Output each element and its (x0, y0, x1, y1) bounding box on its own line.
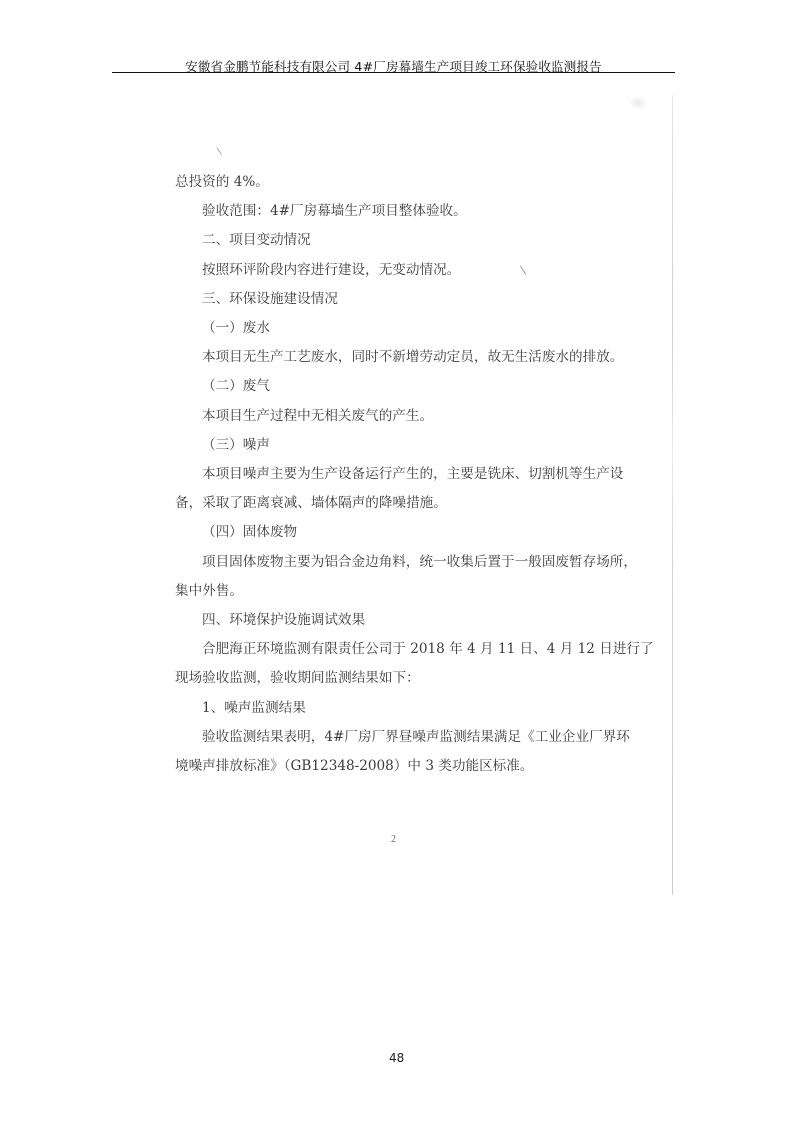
paragraph: 总投资的 4%。 (175, 168, 635, 197)
acceptance-scope: 验收范围：4#厂房幕墙生产项目整体验收。 (175, 197, 635, 226)
document-body: 总投资的 4%。 验收范围：4#厂房幕墙生产项目整体验收。 二、项目变动情况 按… (175, 168, 635, 781)
paragraph: 验收监测结果表明，4#厂房厂界昼噪声监测结果满足《工业企业厂界环 (175, 723, 635, 752)
paragraph: 项目固体废物主要为铝合金边角料，统一收集后置于一般固废暂存场所， (175, 548, 635, 577)
paragraph-continuation: 现场验收监测，验收期间监测结果如下： (175, 664, 635, 693)
inner-page-number: 2 (391, 834, 396, 845)
paragraph: 本项目无生产工艺废水，同时不新增劳动定员，故无生活废水的排放。 (175, 343, 635, 372)
subsection-heading: （一）废水 (175, 314, 635, 343)
paragraph: 本项目噪声主要为生产设备运行产生的，主要是铣床、切割机等生产设 (175, 460, 635, 489)
scan-speck: / (214, 147, 225, 157)
paragraph: 合肥海正环境监测有限责任公司于 2018 年 4 月 11 日、4 月 12 日… (175, 635, 635, 664)
scan-artifact (628, 96, 648, 110)
section-heading: 四、环境保护设施调试效果 (175, 606, 635, 635)
paragraph-continuation: 备，采取了距离衰减、墙体隔声的降噪措施。 (175, 489, 635, 518)
header-divider (112, 72, 675, 73)
paragraph: 本项目生产过程中无相关废气的产生。 (175, 402, 635, 431)
paragraph-continuation: 集中外售。 (175, 577, 635, 606)
scanned-page-edge (672, 95, 673, 895)
subsection-heading: （三）噪声 (175, 431, 635, 460)
page-number: 48 (389, 1051, 404, 1065)
subsection-heading: （四）固体废物 (175, 518, 635, 547)
paragraph-continuation: 境噪声排放标准》（GB12348-2008）中 3 类功能区标准。 (175, 752, 635, 781)
subsection-heading: （二）废气 (175, 372, 635, 401)
subsection-heading: 1、噪声监测结果 (175, 694, 635, 723)
section-heading: 三、环保设施建设情况 (175, 285, 635, 314)
paragraph: 按照环评阶段内容进行建设，无变动情况。 (175, 256, 635, 285)
section-heading: 二、项目变动情况 (175, 226, 635, 255)
